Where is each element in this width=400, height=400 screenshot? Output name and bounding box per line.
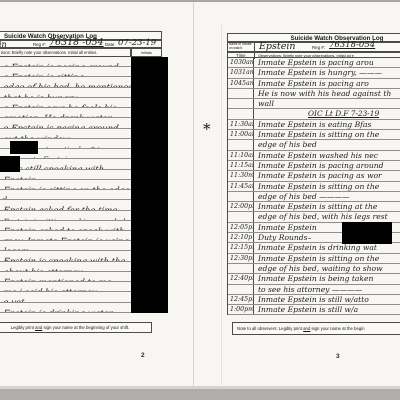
right-log-row: edge of his bed, waiting to show bbox=[228, 264, 400, 274]
handwritten-observation: He is now with his head against th bbox=[254, 89, 391, 98]
time-value bbox=[228, 140, 254, 149]
right-log-row: 11:30amInmate Epstein is eating Bfas bbox=[228, 120, 400, 130]
left-log-line: edge of his bed, he mentioned bbox=[0, 77, 131, 87]
right-log-row: 12:00pmInmate Epstein is sitting at the bbox=[228, 202, 400, 212]
left-footer-pre: Legibly print bbox=[11, 325, 35, 330]
left-log-line: rney. Inmate Epstein is using bbox=[0, 231, 131, 241]
right-log-row: 1:00pmInmate Epstein is still w/a bbox=[228, 305, 400, 315]
time-value: 12:05pm bbox=[228, 223, 254, 232]
left-page-number: 2 bbox=[141, 352, 145, 359]
left-log-line: Epstein asked for the time — bbox=[0, 200, 131, 210]
right-log-row: 12:45pmInmate Epstein is still w/atto bbox=[228, 295, 400, 305]
handwritten-observation: Inmate Epstein washed his nec bbox=[254, 151, 378, 160]
time-value: 12:00pm bbox=[228, 202, 254, 211]
left-log-line: d bbox=[0, 190, 131, 200]
handwritten-observation: Inmate Epstein is pacing arou bbox=[254, 58, 374, 67]
left-log-line: that he is hungry ——— bbox=[0, 88, 131, 98]
reg-number-value: 76318 -054 bbox=[49, 37, 104, 48]
right-log-row: to see his attorney ———— bbox=[228, 285, 400, 295]
time-value: 1031am bbox=[228, 68, 254, 77]
handwritten-observation: Inmate Epstein is sitting on the bbox=[254, 130, 379, 139]
left-log-line: e Epstein is pacing around bbox=[0, 57, 131, 67]
inmate-name-value: Epstein bbox=[259, 41, 296, 52]
handwritten-observation: to see his attorney ———— bbox=[254, 285, 362, 294]
left-log-body: e Epstein is pacing arounde Epstein is s… bbox=[0, 57, 131, 313]
right-log-row: 11:30mInmate Epstein is pacing as wor bbox=[228, 171, 400, 181]
left-log-line: Epstein mentioned to me bbox=[0, 272, 131, 282]
handwritten-observation: Inmate Epstein is hungry, ——— bbox=[254, 68, 382, 77]
left-log-line: Epstein is sitting on his unmade bed bbox=[0, 211, 131, 221]
redaction-box-initials-column bbox=[131, 57, 168, 313]
handwritten-observation: Inmate Epstein is still w/atto bbox=[254, 295, 369, 304]
handwritten-observation: Inmate Epstein is pacing aro bbox=[254, 79, 369, 88]
handwritten-observation: Duty Rounds– bbox=[254, 233, 311, 242]
right-log-row: 1030amInmate Epstein is pacing arou bbox=[228, 58, 400, 68]
time-value: 1:00pm bbox=[228, 305, 254, 314]
left-log-line: Epstein is drinking water — bbox=[0, 303, 131, 313]
right-log-row: wall bbox=[228, 99, 400, 109]
right-page-name-row: Name of Inmate on watch: Epstein Reg #: … bbox=[227, 42, 400, 52]
reg-number-value-right: 76318-054 bbox=[329, 40, 375, 50]
redaction-box-small-1 bbox=[10, 141, 38, 154]
time-value: 12:15pm bbox=[228, 243, 254, 252]
margin-asterisk-annotation: * bbox=[203, 120, 211, 138]
right-log-body: 1030amInmate Epstein is pacing arou1031a… bbox=[227, 58, 400, 315]
right-log-row: 1031amInmate Epstein is hungry, ——— bbox=[228, 68, 400, 78]
time-value bbox=[228, 99, 254, 108]
left-log-line: about his attorney ——— bbox=[0, 262, 131, 272]
left-page-reg-row: in Reg #: 76318 -054 Date: 07-23-19 bbox=[0, 40, 162, 48]
handwritten-observation: edge of his bed, with his legs rest bbox=[254, 212, 388, 221]
handwritten-observation: Inmate Epstein is drinking wat bbox=[254, 243, 377, 252]
left-log-line: Epstein is speaking with the bbox=[0, 251, 131, 261]
left-observations-header: tions: Briefly note your observations. I… bbox=[0, 49, 130, 57]
left-log-line: Epstein asked to speak with bbox=[0, 221, 131, 231]
right-log-row: 11:10amInmate Epstein washed his nec bbox=[228, 151, 400, 161]
handwritten-observation: Inmate Epstein is pacing around bbox=[254, 161, 384, 170]
time-value: 11:10am bbox=[228, 151, 254, 160]
redaction-box-small-2 bbox=[0, 156, 20, 172]
right-log-row: OIC Lt D.F 7-23-19 bbox=[228, 109, 400, 119]
left-log-line: e Epstein is pacing around, bbox=[0, 118, 131, 128]
right-footer-note: Note to all observers: Legibly print and… bbox=[232, 322, 400, 335]
scan-bottom-edge bbox=[0, 389, 400, 400]
handwritten-observation: Inmate Epstein is sitting on the bbox=[254, 182, 379, 191]
time-value bbox=[228, 89, 254, 98]
left-observations-header-cell: tions: Briefly note your observations. I… bbox=[0, 48, 131, 57]
time-value: 12:40pm bbox=[228, 274, 254, 283]
left-footer-post: sign your name at the beginning of your … bbox=[42, 325, 129, 330]
handwritten-observation: Epstein is drinking water — bbox=[2, 309, 125, 313]
time-value: 1045am bbox=[228, 79, 254, 88]
right-log-row: 12:15pmInmate Epstein is drinking wat bbox=[228, 243, 400, 253]
left-log-line: e Epstein is sitting bbox=[0, 67, 131, 77]
redaction-box-right-page bbox=[342, 222, 392, 244]
left-log-line: me i said his attorney bbox=[0, 282, 131, 292]
reg-number-label: Reg #: bbox=[33, 42, 46, 47]
right-log-row: 11:15amInmate Epstein is pacing around bbox=[228, 161, 400, 171]
time-value bbox=[228, 264, 254, 273]
right-log-row: He is now with his head against th bbox=[228, 89, 400, 99]
handwritten-observation: Inmate Epstein is pacing as wor bbox=[254, 171, 382, 180]
time-value: 1030am bbox=[228, 58, 254, 67]
time-value: 12:30pm bbox=[228, 254, 254, 263]
handwritten-observation: edge of his bed bbox=[254, 140, 317, 149]
right-page-number: 3 bbox=[336, 353, 340, 360]
reg-number-label-right: Reg #: bbox=[312, 45, 325, 50]
right-log-row: 1045amInmate Epstein is pacing aro bbox=[228, 79, 400, 89]
time-value bbox=[228, 109, 254, 118]
right-log-row: 11:00amInmate Epstein is sitting on the bbox=[228, 130, 400, 140]
scanned-document: Suicide Watch Observation Log in Reg #: … bbox=[0, 0, 400, 400]
right-log-row: 12:40pmInmate Epstein is being taken bbox=[228, 274, 400, 284]
time-value bbox=[228, 192, 254, 201]
handwritten-observation: edge of his bed ———— bbox=[254, 192, 350, 201]
right-log-row: edge of his bed bbox=[228, 140, 400, 150]
handwritten-observation: Inmate Epstein is sitting at the bbox=[254, 202, 377, 211]
time-value: 11:30m bbox=[228, 171, 254, 180]
handwritten-observation: Inmate Epstein is still w/a bbox=[254, 305, 358, 314]
handwritten-observation: Inmate Epstein is sitting on the bbox=[254, 254, 379, 263]
left-log-line: Epstein is sitting on the edge bbox=[0, 180, 131, 190]
time-value bbox=[228, 212, 254, 221]
left-footer-note: Legibly print and sign your name at the … bbox=[0, 322, 152, 333]
time-value: 11:45am bbox=[228, 182, 254, 191]
right-page-edge bbox=[221, 25, 222, 385]
oic-signature-note: OIC Lt D.F 7-23-19 bbox=[304, 109, 379, 118]
left-log-line: e Epstein says he feels his bbox=[0, 98, 131, 108]
right-log-row: 11:45amInmate Epstein is sitting on the bbox=[228, 182, 400, 192]
page-fold-line bbox=[193, 2, 194, 389]
handwritten-observation: wall bbox=[254, 99, 274, 108]
left-initials-header-cell: Initials bbox=[131, 48, 162, 57]
left-log-line: emotion. He drank water — bbox=[0, 108, 131, 118]
handwritten-observation: Inmate Epstein is being taken bbox=[254, 274, 373, 283]
handwritten-observation: Inmate Epstein is eating Bfas bbox=[254, 120, 371, 129]
right-footer-post: sign your name at the begin bbox=[310, 326, 364, 331]
scan-top-edge bbox=[0, 0, 400, 2]
right-log-row: 12:30pmInmate Epstein is sitting on the bbox=[228, 254, 400, 264]
right-footer-pre: Note to all observers: Legibly print bbox=[237, 326, 303, 331]
time-value: 12:10p bbox=[228, 233, 254, 242]
time-value bbox=[228, 285, 254, 294]
time-value: 12:45pm bbox=[228, 295, 254, 304]
left-log-line: out the window ———— bbox=[0, 129, 131, 139]
date-label: Date: bbox=[105, 42, 116, 47]
date-value: 07-23-19 bbox=[118, 38, 156, 48]
left-log-line: e yet ———— bbox=[0, 292, 131, 302]
time-value: 11:15am bbox=[228, 161, 254, 170]
time-value: 11:30am bbox=[228, 120, 254, 129]
left-log-line: lecom ———— bbox=[0, 241, 131, 251]
time-value: 11:00am bbox=[228, 130, 254, 139]
right-log-row: edge of his bed ———— bbox=[228, 192, 400, 202]
handwritten-observation: Inmate Epstein bbox=[254, 223, 317, 232]
handwritten-observation: edge of his bed, waiting to show bbox=[254, 264, 383, 273]
